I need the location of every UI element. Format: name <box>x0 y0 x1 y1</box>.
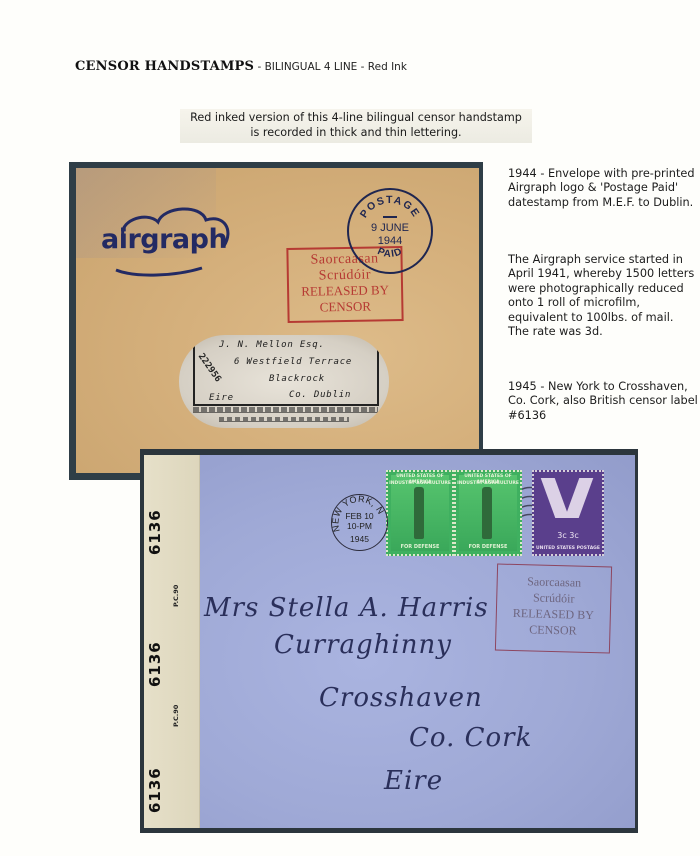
note-line-2: is recorded in thick and thin lettering. <box>180 125 532 140</box>
postmark-year: 1944 <box>349 235 431 247</box>
label-number: 6136 <box>146 767 164 813</box>
censor-line-4: CENSOR <box>496 621 609 640</box>
description-1945: 1945 - New York to Crosshaven, Co. Cork,… <box>508 380 698 423</box>
airgraph-logo: airgraph <box>101 224 227 255</box>
envelope-paper: airgraph Saorcaasan Scrúdóir RELEASED BY… <box>76 168 479 473</box>
stamp-eagle-3c: 3c 3c UNITED STATES POSTAGE <box>532 470 604 556</box>
label-code: P.C.90 <box>172 705 180 727</box>
page-subtitle: - BILINGUAL 4 LINE - Red Ink <box>254 61 407 73</box>
address-line-country: Eire <box>384 766 443 796</box>
page-title: CENSOR HANDSTAMPS <box>75 59 254 74</box>
postmark-date: FEB 10 <box>332 511 387 521</box>
eagle-wing-icon <box>565 478 594 518</box>
address-window: J. N. Mellon Esq. 6 Westfield Terrace Bl… <box>179 335 389 428</box>
postmark-date: 9 JUNE <box>349 222 431 234</box>
label-code: P.C.90 <box>172 585 180 607</box>
stamp-statue-of-liberty: UNITED STATES OF AMERICA INDUSTRY AGRICU… <box>386 470 454 556</box>
recipient-name: Mrs Stella A. Harris <box>204 593 489 623</box>
censor-line-3: RELEASED BY <box>289 282 401 299</box>
airgraph-envelope: airgraph Saorcaasan Scrúdóir RELEASED BY… <box>69 162 483 480</box>
censor-label: 6136 P.C.90 6136 P.C.90 6136 <box>144 455 200 828</box>
note-line-1: Red inked version of this 4-line bilingu… <box>180 110 532 125</box>
censor-line-4: CENSOR <box>289 298 401 315</box>
new-york-postmark: NEW YORK, N.Y. FEB 10 10-PM 1945 <box>331 494 388 551</box>
address-line-4: Co. Dublin <box>289 390 351 400</box>
postage-paid-postmark: POSTAGE PAID 9 JUNE 1944 <box>347 188 433 274</box>
address-line-town: Crosshaven <box>319 683 483 713</box>
address-line-3: Blackrock <box>269 374 325 384</box>
svg-text:PAID: PAID <box>376 246 404 260</box>
censor-line-3: RELEASED BY <box>497 605 610 624</box>
postmark-year: 1945 <box>332 534 387 544</box>
stamp-statue-of-liberty: UNITED STATES OF AMERICA INDUSTRY AGRICU… <box>454 470 522 556</box>
statue-of-liberty-icon <box>482 487 492 539</box>
description-1944: 1944 - Envelope with pre-printed Airgrap… <box>508 167 698 210</box>
postmark-time: 10-PM <box>332 521 387 531</box>
eagle-wing-icon <box>541 478 570 518</box>
address-line-county: Co. Cork <box>409 723 532 753</box>
censor-handstamp-faded: Saorcaasan Scrúdóir RELEASED BY CENSOR <box>495 564 612 654</box>
address-country: Eire <box>209 393 234 403</box>
new-york-envelope: 6136 P.C.90 6136 P.C.90 6136 UNITED STAT… <box>140 449 638 833</box>
page-header: CENSOR HANDSTAMPS - BILINGUAL 4 LINE - R… <box>75 58 407 74</box>
postmark-divider <box>383 216 397 218</box>
stamp-footer: FOR DEFENSE <box>388 544 452 550</box>
label-number: 6136 <box>146 509 164 555</box>
address-line-townland: Curraghinny <box>274 630 452 660</box>
envelope-paper: 6136 P.C.90 6136 P.C.90 6136 UNITED STAT… <box>144 455 635 828</box>
stamp-value: 3c 3c <box>534 531 602 540</box>
fine-print-2 <box>219 417 349 422</box>
address-line-1: J. N. Mellon Esq. <box>219 340 325 350</box>
description-airgraph-service: The Airgraph service started in April 19… <box>508 253 698 339</box>
statue-of-liberty-icon <box>414 487 424 539</box>
note-box: Red inked version of this 4-line bilingu… <box>180 109 532 143</box>
fine-print-1 <box>193 407 378 413</box>
stamp-footer: FOR DEFENSE <box>456 544 520 550</box>
stamp-footer: UNITED STATES POSTAGE <box>534 546 602 551</box>
address-line-2: 6 Westfield Terrace <box>234 357 352 367</box>
label-number: 6136 <box>146 641 164 687</box>
